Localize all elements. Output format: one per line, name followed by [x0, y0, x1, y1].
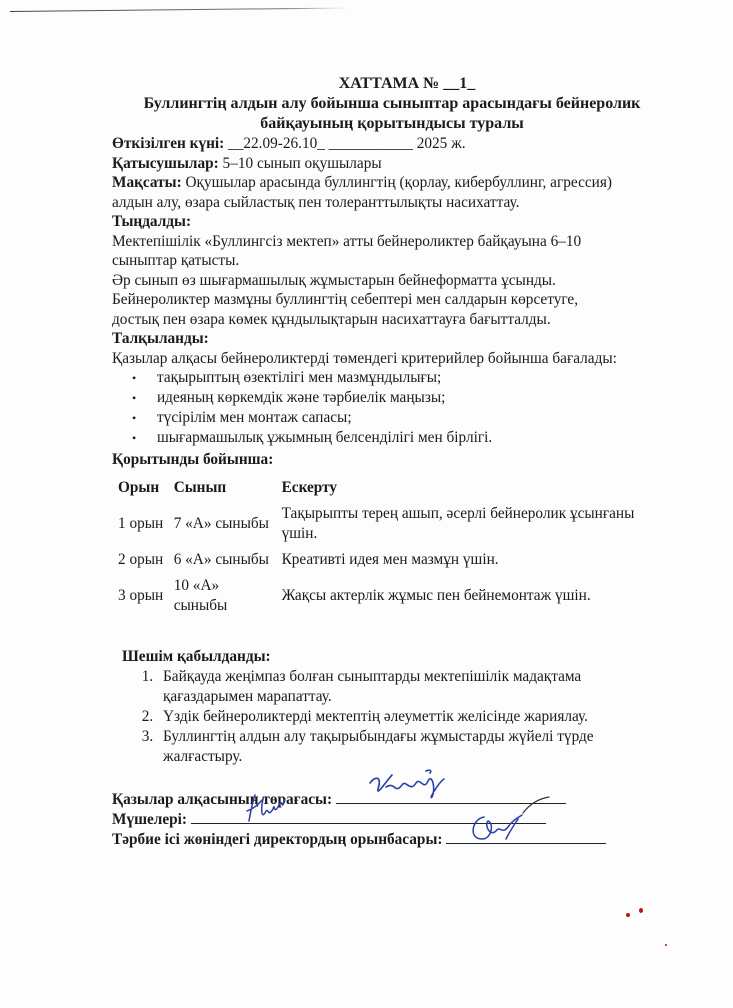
decision-item: Байқауда жеңімпаз болған сыныптарды мект… — [157, 667, 672, 707]
protocol-document: ХАТТАМА № __1_ Буллингтің алдын алу бойы… — [112, 74, 672, 849]
chair-signature-line — [336, 789, 566, 804]
heard-text-3: Әр сынып өз шығармашылық жұмыстарын бейн… — [112, 271, 672, 291]
participants-value: 5–10 сынып оқушылары — [219, 155, 382, 172]
criteria-item: шығармашылық ұжымның белсенділігі мен бі… — [157, 428, 672, 448]
goal-value-1: Оқушылар арасында буллингтің (қорлау, ки… — [182, 174, 612, 191]
stamp-mark — [665, 944, 667, 946]
decision-heading: Шешім қабылданды: — [122, 647, 672, 667]
signature-block: Қазылар алқасының төрағасы: Мүшелері: Тә… — [112, 789, 672, 849]
column-header-place: Орын — [114, 472, 170, 502]
document-title: ХАТТАМА № __1_ — [112, 74, 672, 94]
goal-label: Мақсаты: — [112, 174, 182, 191]
date-label: Өткізілген күні: — [112, 135, 224, 152]
note-cell: Жақсы актерлік жұмыс пен бейнемонтаж үші… — [278, 573, 672, 619]
date-value: __22.09-26.10_ ___________ 2025 ж. — [224, 135, 465, 152]
criteria-item: тақырыптың өзектілігі мен мазмұндылығы; — [157, 368, 672, 388]
members-signature-line — [191, 809, 546, 824]
deputy-signature-line — [446, 829, 606, 844]
class-cell: 6 «А» сыныбы — [170, 547, 278, 573]
decision-item: Үздік бейнероликтерді мектептің әлеуметт… — [157, 707, 672, 727]
heard-text-2: сыныптар қатысты. — [112, 251, 672, 271]
results-heading: Қорытынды бойынша: — [112, 450, 672, 470]
table-row: 1 орын 7 «А» сыныбы Тақырыпты терең ашып… — [114, 501, 672, 547]
criteria-item: түсірілім мен монтаж сапасы; — [157, 408, 672, 428]
heard-text-4: Бейнероликтер мазмұны буллингтің себепте… — [112, 290, 672, 310]
heard-text-5: достық пен өзара көмек құндылықтарын нас… — [112, 310, 672, 330]
discussed-intro: Қазылар алқасы бейнероликтерді төмендегі… — [112, 349, 672, 369]
table-header-row: Орын Сынып Ескерту — [114, 472, 672, 502]
class-cell: 10 «А» сыныбы — [170, 573, 278, 619]
deputy-signature-row: Тәрбие ісі жөніндегі директордың орынбас… — [112, 829, 672, 849]
members-label: Мүшелері: — [112, 811, 187, 828]
chair-signature-icon — [366, 769, 456, 803]
heard-heading: Тыңдалды: — [112, 212, 672, 232]
note-cell: Тақырыпты терең ашып, әсерлі бейнеролик … — [278, 501, 672, 547]
place-cell: 3 орын — [114, 573, 170, 619]
table-row: 2 орын 6 «А» сыныбы Креативті идея мен м… — [114, 547, 672, 573]
heard-text-1: Мектепішілік «Буллингсіз мектеп» атты бе… — [112, 232, 672, 252]
stamp-mark — [639, 908, 643, 913]
criteria-item: идеяның көркемдік және тәрбиелік маңызы; — [157, 388, 672, 408]
note-cell: Креативті идея мен мазмұн үшін. — [278, 547, 672, 573]
deputy-label: Тәрбие ісі жөніндегі директордың орынбас… — [112, 831, 442, 848]
document-subtitle-line2: байқауының қорытындысы туралы — [112, 114, 672, 134]
place-cell: 1 орын — [114, 501, 170, 547]
decision-list: Байқауда жеңімпаз болған сыныптарды мект… — [112, 667, 672, 767]
stamp-mark — [626, 913, 630, 917]
document-subtitle-line1: Буллингтің алдын алу бойынша сыныптар ар… — [112, 94, 672, 114]
table-row: 3 орын 10 «А» сыныбы Жақсы актерлік жұмы… — [114, 573, 672, 619]
criteria-list: тақырыптың өзектілігі мен мазмұндылығы; … — [112, 368, 672, 448]
place-cell: 2 орын — [114, 547, 170, 573]
discussed-heading: Талқыланды: — [112, 329, 672, 349]
column-header-class: Сынып — [170, 472, 278, 502]
participants-label: Қатысушылар: — [112, 155, 219, 172]
participants-line: Қатысушылар: 5–10 сынып оқушылары — [112, 154, 672, 174]
chair-label: Қазылар алқасының төрағасы: — [112, 791, 332, 808]
date-line: Өткізілген күні: __22.09-26.10_ ________… — [112, 134, 672, 154]
scan-edge-line — [10, 7, 350, 12]
class-cell: 7 «А» сыныбы — [170, 501, 278, 547]
members-signature-row: Мүшелері: — [112, 809, 672, 829]
decision-item: Буллингтің алдын алу тақырыбындағы жұмыс… — [157, 727, 672, 767]
results-table: Орын Сынып Ескерту 1 орын 7 «А» сыныбы Т… — [114, 472, 672, 620]
chair-signature-row: Қазылар алқасының төрағасы: — [112, 789, 672, 809]
column-header-note: Ескерту — [278, 472, 672, 502]
goal-line-2: алдын алу, өзара сыйластық пен толерантт… — [112, 193, 672, 213]
goal-line: Мақсаты: Оқушылар арасында буллингтің (қ… — [112, 173, 672, 193]
